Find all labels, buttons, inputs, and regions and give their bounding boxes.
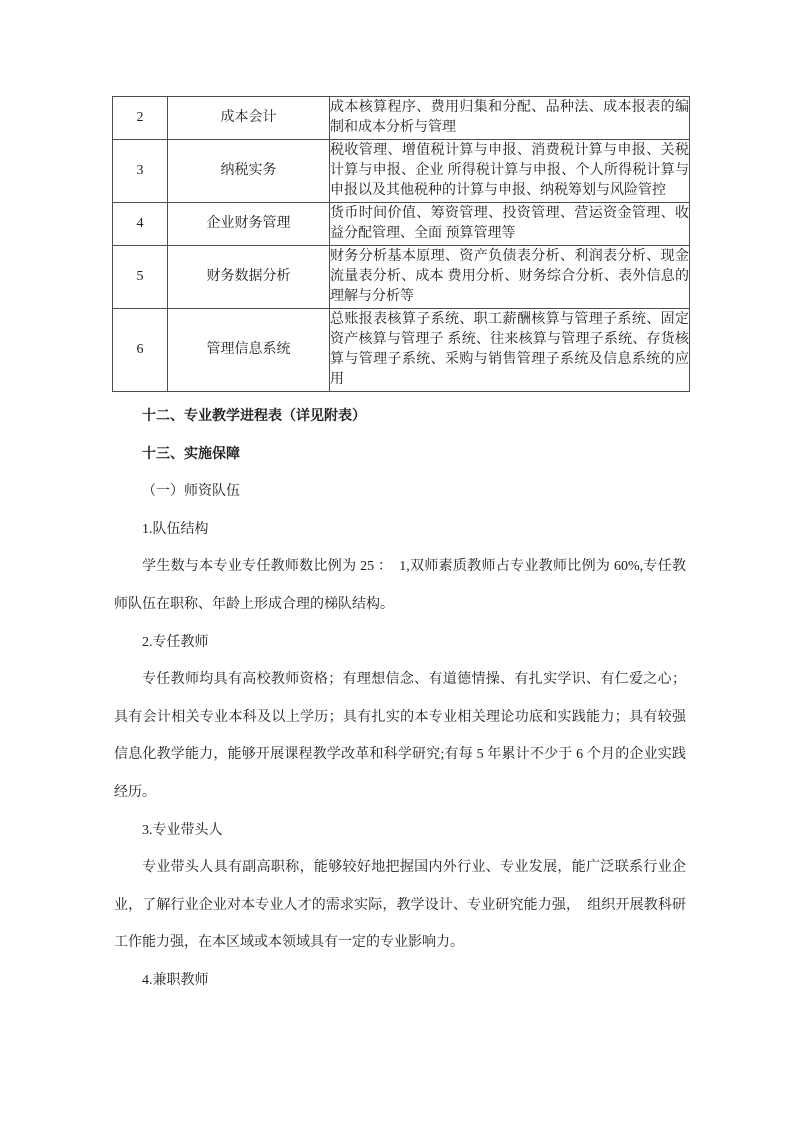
course-content-cell: 总账报表核算子系统、职工薪酬核算与管理子系统、固定资产核算与管理子 系统、往来核… xyxy=(330,309,690,392)
item-heading-parttime-teachers: 4.兼职教师 xyxy=(114,962,686,1000)
paragraph-team-structure: 学生数与本专业专任教师数比例为 25 ： 1,双师素质教师占专业教师比例为 60… xyxy=(114,548,686,623)
table-row: 5 财务数据分析 财务分析基本原理、资产负债表分析、利润表分析、现金流量表分析、… xyxy=(113,246,690,309)
document-body-text: 十二、专业教学进程表（详见附表） 十三、实施保障 （一）师资队伍 1.队伍结构 … xyxy=(114,398,686,1000)
paragraph-program-leader: 专业带头人具有副高职称，能够较好地把握国内外行业、专业发展，能广泛联系行业企业，… xyxy=(114,849,686,962)
course-content-cell: 财务分析基本原理、资产负债表分析、利润表分析、现金流量表分析、成本 费用分析、财… xyxy=(330,246,690,309)
section-heading-13: 十三、实施保障 xyxy=(114,436,686,474)
table-row: 4 企业财务管理 货币时间价值、筹资管理、投资管理、营运资金管理、收益分配管理、… xyxy=(113,203,690,246)
course-number-cell: 4 xyxy=(113,203,168,246)
course-number-cell: 6 xyxy=(113,309,168,392)
table-row: 2 成本会计 成本核算程序、费用归集和分配、品种法、成本报表的编制和成本分析与管… xyxy=(113,97,690,140)
section-heading-12: 十二、专业教学进程表（详见附表） xyxy=(114,398,686,436)
course-content-table: 2 成本会计 成本核算程序、费用归集和分配、品种法、成本报表的编制和成本分析与管… xyxy=(112,96,690,392)
course-content-cell: 成本核算程序、费用归集和分配、品种法、成本报表的编制和成本分析与管理 xyxy=(330,97,690,140)
table-row: 3 纳税实务 税收管理、增值税计算与申报、消费税计算与申报、关税计算与申报、企业… xyxy=(113,140,690,203)
course-number-cell: 2 xyxy=(113,97,168,140)
course-name-cell: 纳税实务 xyxy=(168,140,330,203)
item-heading-team-structure: 1.队伍结构 xyxy=(114,511,686,549)
course-number-cell: 3 xyxy=(113,140,168,203)
table-row: 6 管理信息系统 总账报表核算子系统、职工薪酬核算与管理子系统、固定资产核算与管… xyxy=(113,309,690,392)
sub-heading-faculty-team: （一）师资队伍 xyxy=(114,473,686,511)
course-name-cell: 管理信息系统 xyxy=(168,309,330,392)
course-name-cell: 企业财务管理 xyxy=(168,203,330,246)
course-number-cell: 5 xyxy=(113,246,168,309)
item-heading-fulltime-teachers: 2.专任教师 xyxy=(114,624,686,662)
course-name-cell: 成本会计 xyxy=(168,97,330,140)
course-content-cell: 货币时间价值、筹资管理、投资管理、营运资金管理、收益分配管理、全面 预算管理等 xyxy=(330,203,690,246)
item-heading-program-leader: 3.专业带头人 xyxy=(114,812,686,850)
paragraph-fulltime-teachers: 专任教师均具有高校教师资格；有理想信念、有道德情操、有扎实学识、有仁爱之心；具有… xyxy=(114,661,686,811)
course-content-cell: 税收管理、增值税计算与申报、消费税计算与申报、关税计算与申报、企业 所得税计算与… xyxy=(330,140,690,203)
document-page: 2 成本会计 成本核算程序、费用归集和分配、品种法、成本报表的编制和成本分析与管… xyxy=(0,0,800,1130)
course-name-cell: 财务数据分析 xyxy=(168,246,330,309)
